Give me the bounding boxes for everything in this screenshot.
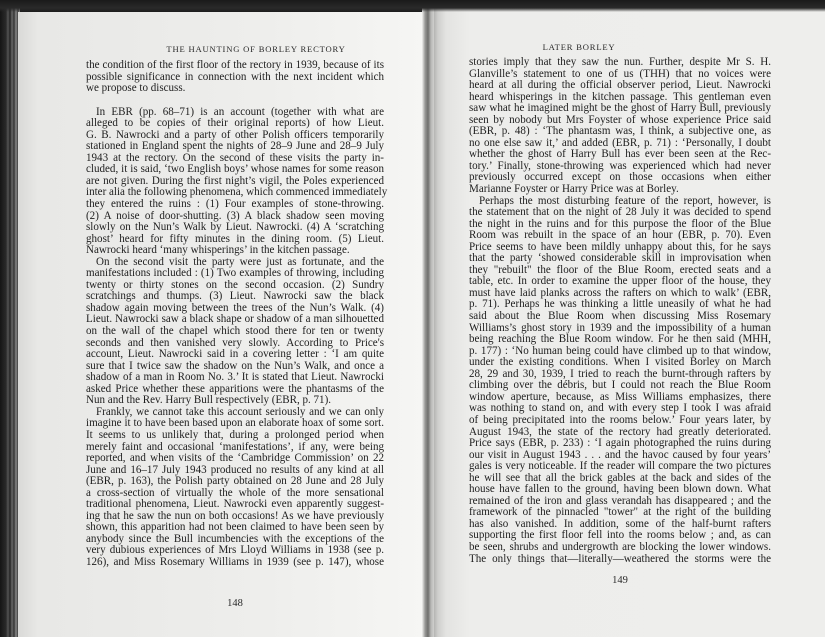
text-line: The only things that—literally—weathered… (469, 554, 771, 566)
text-line: stories imply that they saw the nun. Fur… (469, 57, 771, 69)
text-line: account, Lieut. Nawrocki said in a cover… (86, 349, 384, 361)
text-line: saw what he imagined might be the ghost … (469, 103, 771, 115)
text-line: It seems to us unlikely that, during a p… (86, 430, 384, 442)
text-line: of being precipitated into the rooms bel… (469, 415, 771, 427)
book-spread: THE HAUNTING OF BORLEY RECTORY the condi… (0, 0, 825, 637)
text-line: slowly on the Nun’s Walk by Lieut. Nawro… (86, 222, 384, 234)
text-line: Price says (EBR, p. 233) : ‘I again phot… (469, 438, 771, 450)
text-line: (EBR, p. 163), the Polish party obtained… (86, 476, 384, 488)
right-page-body: stories imply that they saw the nun. Fur… (469, 57, 771, 565)
left-page-number: 148 (86, 598, 384, 609)
text-line: be seen, shrubs and undergrowth are bloc… (469, 542, 771, 554)
top-shadow (0, 0, 825, 12)
book-edge (0, 8, 20, 637)
text-line: reported, and when visits of the ‘Cambri… (86, 453, 384, 465)
text-line: gales is very noticeable. If the reader … (469, 461, 771, 473)
paragraph-gap (86, 95, 384, 107)
text-line: Marianne Foyster or Harry Price was at B… (469, 184, 771, 196)
left-running-head: THE HAUNTING OF BORLEY RECTORY (86, 44, 426, 54)
text-line: they entered the ruins : (1) Four exampl… (86, 199, 384, 211)
left-page-body: the condition of the first floor of the … (86, 60, 384, 569)
text-line: said about the Blue Room when discussing… (469, 311, 771, 323)
right-page-number: 149 (469, 575, 771, 586)
text-line: heard at all during the official observe… (469, 80, 771, 92)
text-line: alleged to be copies of their original r… (86, 118, 384, 130)
book-gutter (422, 8, 434, 637)
text-line: being reaching the Blue Room window. For… (469, 334, 771, 346)
text-line: we propose to discuss. (86, 83, 384, 95)
text-line: on the wall of the chapel which stood th… (86, 326, 384, 338)
text-line: the condition of the first floor of the … (86, 60, 384, 72)
right-running-head: LATER BORLEY (469, 42, 689, 52)
text-line: the statement that on the night of 28 Ju… (469, 207, 771, 219)
text-line: 126), and Miss Rosemary Williams in 1939… (86, 557, 384, 569)
